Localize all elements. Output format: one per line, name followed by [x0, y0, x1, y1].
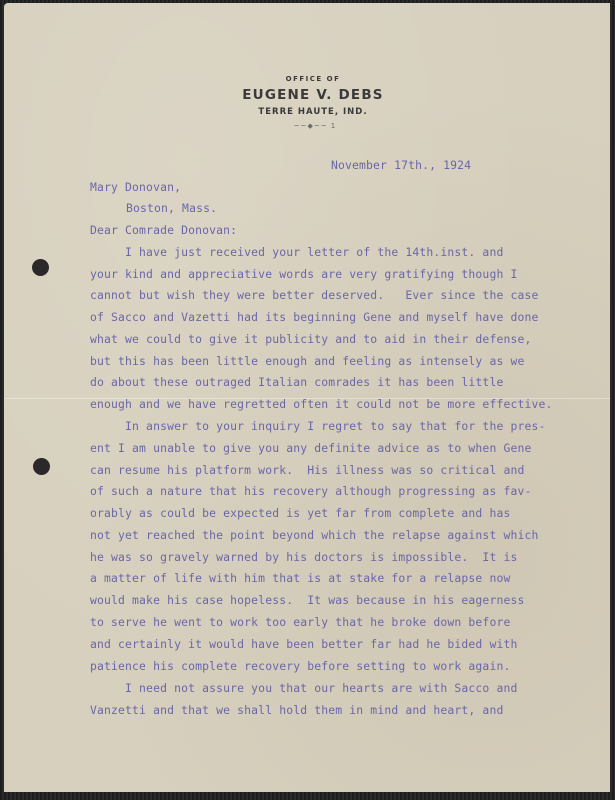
letter-page: OFFICE OF EUGENE V. DEBS TERRE HAUTE, IN…: [4, 3, 610, 792]
body-line: to serve he went to work too early that …: [90, 615, 510, 629]
body-line: I need not assure you that our hearts ar…: [90, 681, 517, 695]
body-line: cannot but wish they were better deserve…: [90, 288, 539, 302]
body-line: what we could to give it publicity and t…: [90, 332, 532, 346]
body-line: In answer to your inquiry I regret to sa…: [90, 419, 546, 433]
body-line: ent I am unable to give you any definite…: [90, 441, 532, 455]
letter-date: November 17th., 1924: [331, 158, 471, 172]
body-line: of Sacco and Vazetti had its beginning G…: [90, 310, 539, 324]
body-line: orably as could be expected is yet far f…: [90, 506, 510, 520]
body-line: your kind and appreciative words are ver…: [90, 267, 517, 281]
salutation: Dear Comrade Donovan:: [90, 223, 237, 237]
body-line: a matter of life with him that is at sta…: [90, 571, 510, 585]
recipient-name: Mary Donovan,: [90, 180, 181, 194]
letterhead-city: TERRE HAUTE, IND.: [4, 106, 610, 118]
punch-hole-icon: [32, 259, 49, 276]
body-line: Vanzetti and that we shall hold them in …: [90, 703, 503, 717]
recipient-city: Boston, Mass.: [126, 201, 217, 215]
letterhead-office-of: OFFICE OF: [4, 75, 610, 84]
body-line: enough and we have regretted often it co…: [90, 397, 553, 411]
body-line: not yet reached the point beyond which t…: [90, 528, 539, 542]
body-line: but this has been little enough and feel…: [90, 354, 524, 368]
body-line: patience his complete recovery before se…: [90, 659, 510, 673]
body-line: he was so gravely warned by his doctors …: [90, 550, 517, 564]
body-line: would make his case hopeless. It was bec…: [90, 593, 524, 607]
body-line: and certainly it would have been better …: [90, 637, 517, 651]
letterhead: OFFICE OF EUGENE V. DEBS TERRE HAUTE, IN…: [4, 75, 610, 130]
ornament-icon: ~~◆~~ 1: [4, 122, 610, 130]
punch-hole-icon: [33, 458, 50, 475]
body-line: I have just received your letter of the …: [90, 245, 503, 259]
letterhead-name: EUGENE V. DEBS: [4, 86, 610, 104]
body-line: do about these outraged Italian comrades…: [90, 375, 503, 389]
body-line: can resume his platform work. His illnes…: [90, 463, 524, 477]
body-line: of such a nature that his recovery altho…: [90, 484, 532, 498]
scan-frame: OFFICE OF EUGENE V. DEBS TERRE HAUTE, IN…: [0, 0, 615, 800]
